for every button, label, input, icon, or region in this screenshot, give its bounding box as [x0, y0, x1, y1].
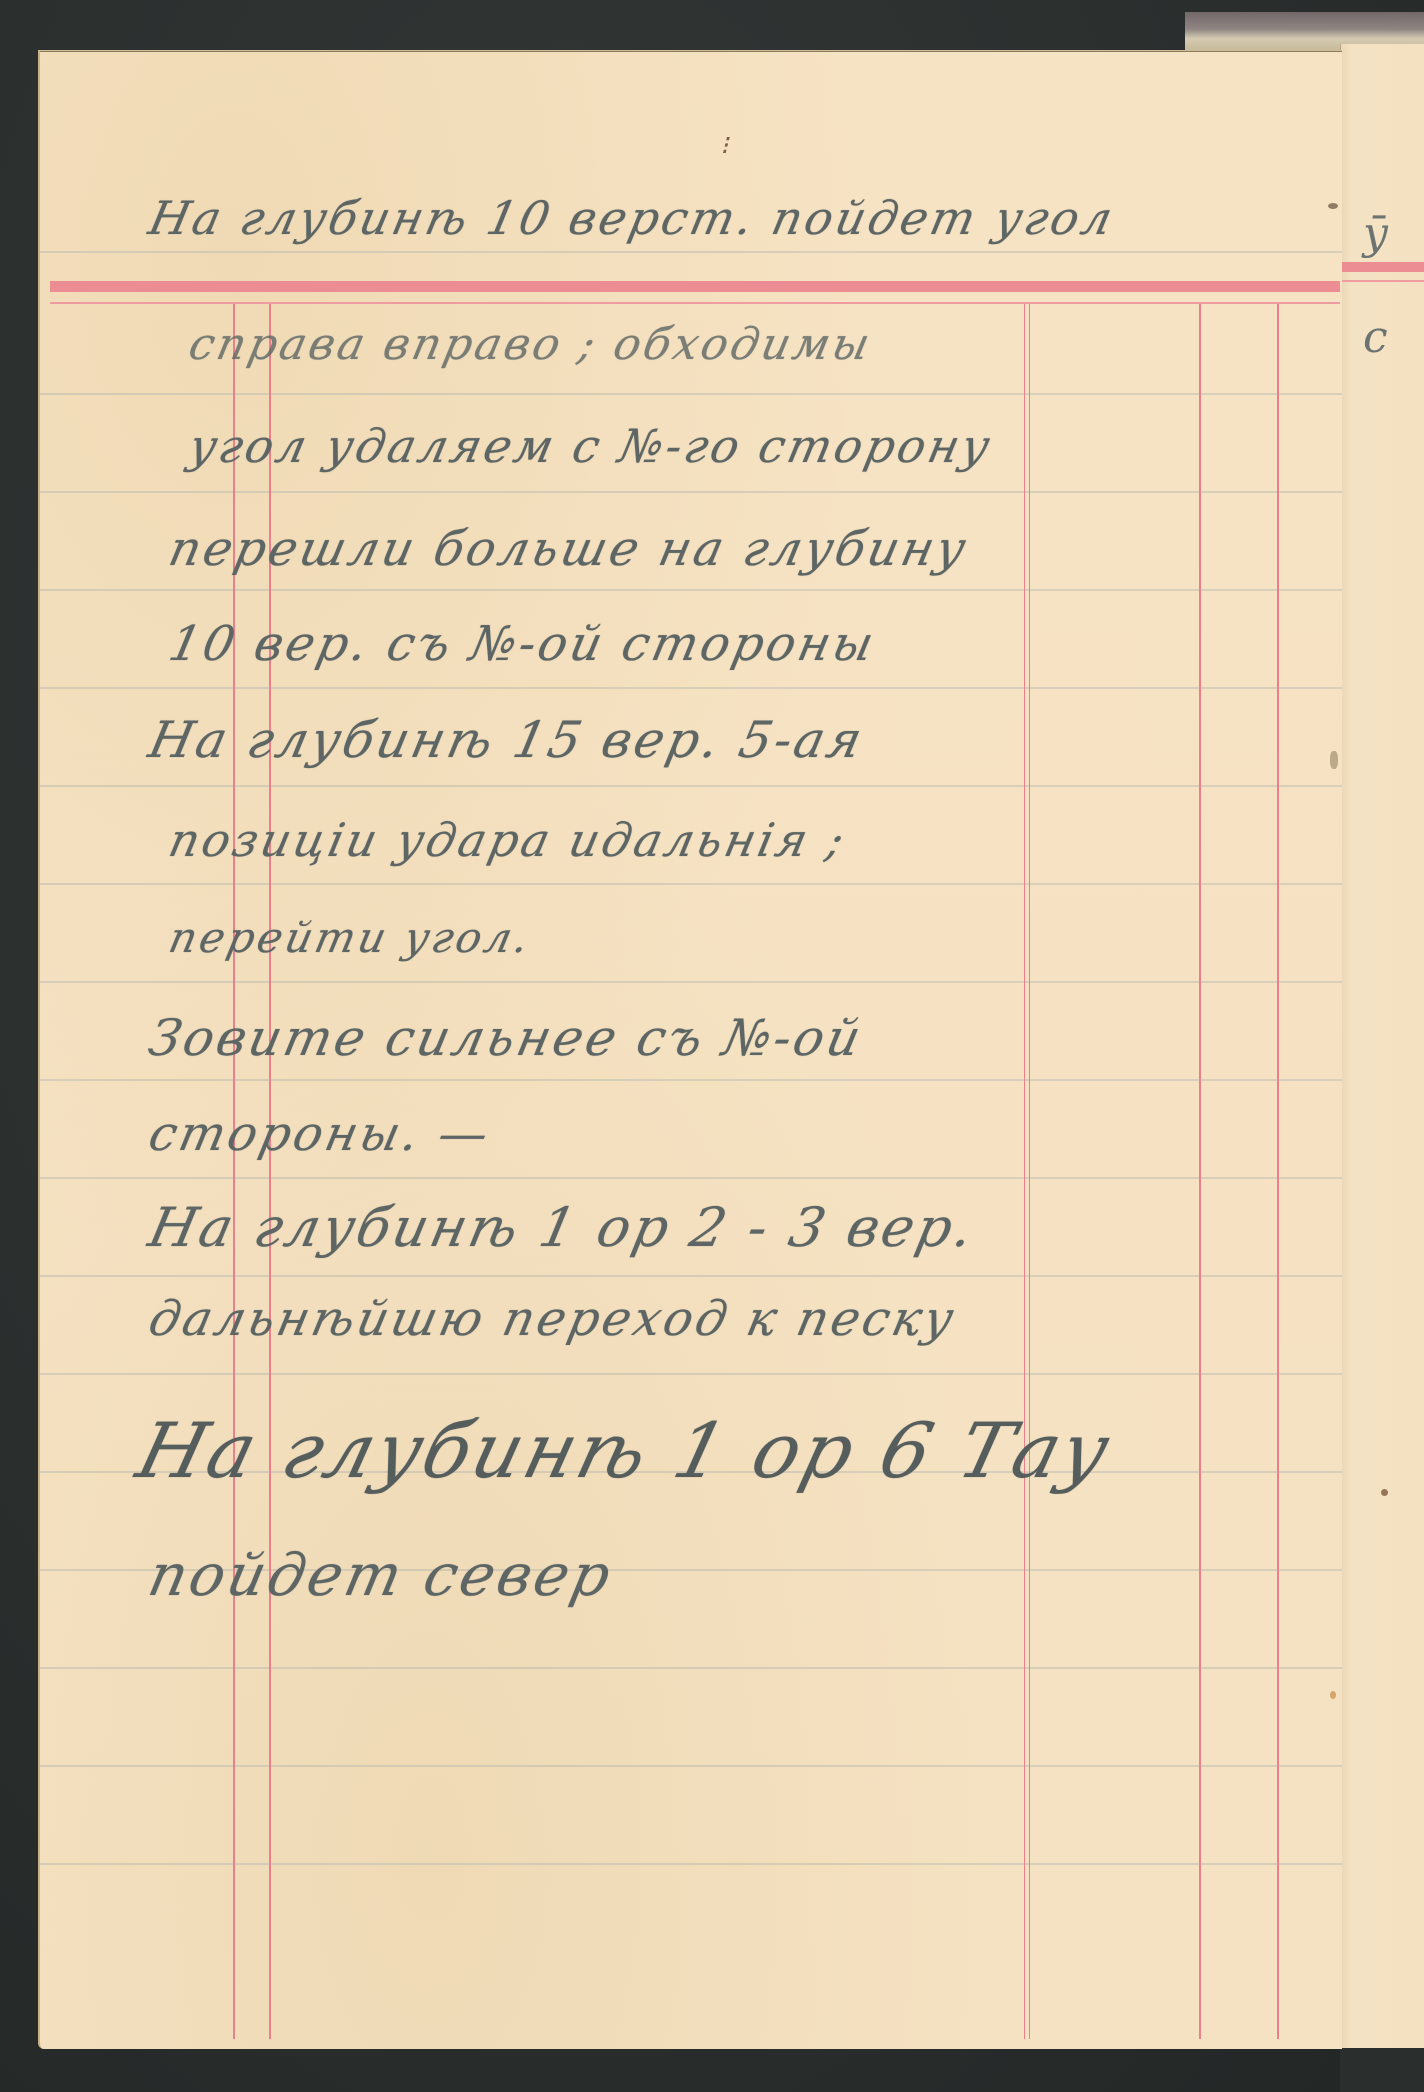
red-header-rule-thin — [50, 302, 1340, 304]
pencil-dot-marks: ⁝ — [720, 131, 728, 161]
handwritten-line: угол удаляем с №-го сторону — [40, 419, 1342, 509]
facing-header-rule — [1341, 262, 1424, 272]
scanned-notebook: ӯ с На глубинѣ 10 верс — [0, 0, 1424, 2092]
handwritten-line: позиціи удара идальнія ; — [40, 813, 1342, 903]
handwritten-line: справа вправо ; обходимы — [40, 319, 1342, 409]
line-text: стороны. — — [144, 1106, 496, 1162]
line-text: На глубинѣ 15 вер. 5-ая — [144, 711, 870, 769]
handwritten-line: На глубинѣ 1 ор 2 - 3 вер. — [40, 1196, 1342, 1286]
facing-page-edge: ӯ с — [1340, 44, 1424, 2054]
handwritten-line: перешли больше на глубину — [40, 521, 1342, 611]
handwritten-line: На глубинѣ 10 верст. пойдет угол — [40, 191, 1342, 281]
line-text: справа вправо ; обходимы — [185, 319, 877, 370]
line-text: пойдет север — [143, 1541, 620, 1609]
line-text: Зовите сильнее съ №-ой — [144, 1009, 869, 1067]
gray-rule — [40, 1667, 1342, 1669]
paper-speck — [1381, 1489, 1388, 1496]
line-text: 10 вер. съ №-ой стороны — [164, 616, 881, 672]
background-edge — [1340, 2048, 1424, 2092]
line-text: позиціи удара идальнія ; — [164, 813, 851, 867]
handwritten-line: На глубинѣ 15 вер. 5-ая — [40, 711, 1342, 801]
gray-rule — [40, 1765, 1342, 1767]
notebook-page: На глубинѣ 10 верст. пойдет угол справа … — [38, 50, 1342, 2049]
handwritten-line: 10 вер. съ №-ой стороны — [40, 616, 1342, 706]
handwritten-line: пойдет север — [40, 1541, 1342, 1631]
line-text: угол удаляем с №-го сторону — [184, 419, 997, 473]
line-text: На глубинѣ 10 верст. пойдет угол — [144, 191, 1120, 245]
handwritten-line: На глубинѣ 1 ор 6 Тау — [40, 1406, 1342, 1496]
paper-speck — [1330, 1691, 1336, 1699]
paper-speck — [1330, 751, 1338, 769]
line-text: На глубинѣ 1 ор 2 - 3 вер. — [143, 1196, 981, 1259]
facing-page-fragment: с — [1363, 312, 1388, 363]
gray-rule — [40, 1863, 1342, 1865]
red-header-rule — [50, 281, 1340, 292]
line-text: перейти угол. — [165, 913, 536, 962]
paper-speck — [1328, 203, 1338, 209]
line-text: дальнѣйшю переход к песку — [144, 1291, 961, 1347]
handwritten-line: дальнѣйшю переход к песку — [40, 1291, 1342, 1381]
handwritten-line: стороны. — — [40, 1106, 1342, 1196]
handwritten-line: Зовите сильнее съ №-ой — [40, 1009, 1342, 1099]
line-text: На глубинѣ 1 ор 6 Тау — [129, 1406, 1121, 1495]
line-text: перешли больше на глубину — [164, 521, 973, 577]
facing-page-fragment: ӯ — [1363, 208, 1389, 259]
facing-header-rule-thin — [1341, 280, 1424, 282]
handwritten-line: перейти угол. — [40, 913, 1342, 1003]
